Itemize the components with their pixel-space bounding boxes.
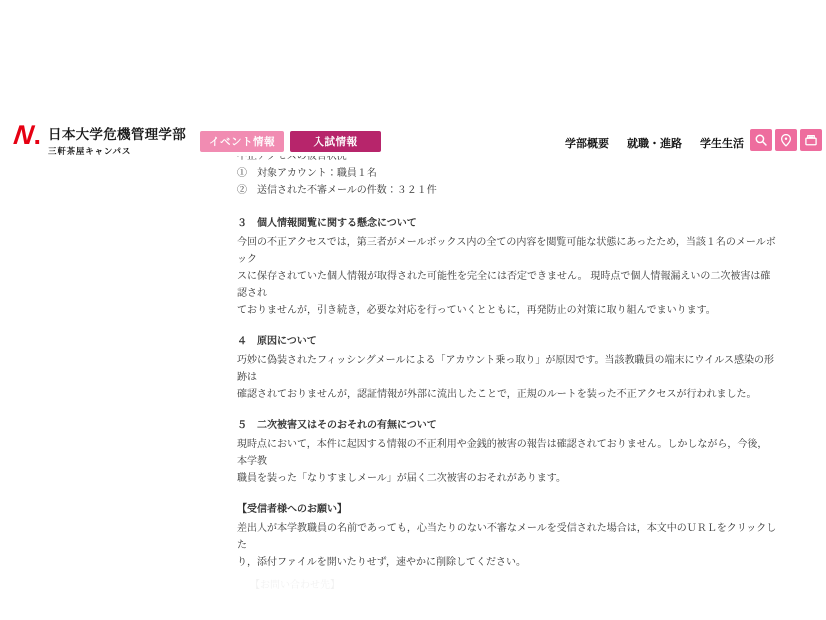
mail-icon xyxy=(803,132,819,148)
location-pin-icon xyxy=(778,132,794,148)
admission-info-button[interactable]: 入試情報 xyxy=(290,131,381,152)
logo-text: 日本大学危機管理学部 三軒茶屋キャンパス xyxy=(48,120,186,157)
section-secondary-damage: ５ 二次被害又はそのおそれの有無について 現時点において，本件に起因する情報の不… xyxy=(237,417,777,487)
section-body: 現時点において，本件に起因する情報の不正利用や金銭的被害の報告は確認されておりま… xyxy=(237,436,777,487)
nav-item-career[interactable]: 就職・進路 xyxy=(627,135,682,151)
event-info-button[interactable]: イベント情報 xyxy=(200,131,284,152)
nav-item-student-life[interactable]: 学生生活 xyxy=(700,135,744,151)
access-map-button[interactable] xyxy=(775,129,797,151)
search-button[interactable] xyxy=(750,129,772,151)
site-logo[interactable]: N. 日本大学危機管理学部 三軒茶屋キャンパス xyxy=(14,120,186,157)
search-icon xyxy=(753,132,769,148)
section-heading: ３ 個人情報閲覧に関する懸念について xyxy=(237,215,777,232)
university-n-mark-icon: N. xyxy=(14,120,41,150)
notice-item-1: ① 対象アカウント：職員１名 xyxy=(237,165,777,182)
site-header: N. 日本大学危機管理学部 三軒茶屋キャンパス イベント情報 入試情報 学部概要… xyxy=(0,0,826,156)
section-heading: 【受信者様へのお願い】 xyxy=(237,501,777,518)
contact-button[interactable] xyxy=(800,129,822,151)
faded-text-line: 【お問い合わせ先】 xyxy=(237,577,777,594)
notice-item-2: ② 送信された不審メールの件数：３２１件 xyxy=(237,182,777,199)
page: 不正アクセスの被害状況 ① 対象アカウント：職員１名 ② 送信された不審メールの… xyxy=(0,0,826,620)
section-body: 今回の不正アクセスでは，第三者がメールボックス内の全ての内容を閲覧可能な状態にあ… xyxy=(237,234,777,319)
section-privacy-concern: ３ 個人情報閲覧に関する懸念について 今回の不正アクセスでは，第三者がメールボッ… xyxy=(237,215,777,319)
section-cause: ４ 原因について 巧妙に偽装されたフィッシングメールによる「アカウント乗っ取り」… xyxy=(237,333,777,403)
section-heading: ５ 二次被害又はそのおそれの有無について xyxy=(237,417,777,434)
logo-subtitle: 三軒茶屋キャンパス xyxy=(48,145,186,157)
section-request-to-recipients: 【受信者様へのお願い】 差出人が本学教職員の名前であっても，心当たりのない不審な… xyxy=(237,501,777,571)
section-body: 巧妙に偽装されたフィッシングメールによる「アカウント乗っ取り」が原因です。当該教… xyxy=(237,352,777,403)
logo-title: 日本大学危機管理学部 xyxy=(48,126,186,144)
section-body: 差出人が本学教職員の名前であっても，心当たりのない不審なメールを受信された場合は… xyxy=(237,520,777,571)
header-icon-buttons xyxy=(750,129,822,151)
nav-item-faculty-overview[interactable]: 学部概要 xyxy=(565,135,609,151)
notice-article: 不正アクセスの被害状況 ① 対象アカウント：職員１名 ② 送信された不審メールの… xyxy=(237,148,777,604)
header-nav: 学部概要 就職・進路 学生生活 xyxy=(565,135,744,151)
section-heading: ４ 原因について xyxy=(237,333,777,350)
